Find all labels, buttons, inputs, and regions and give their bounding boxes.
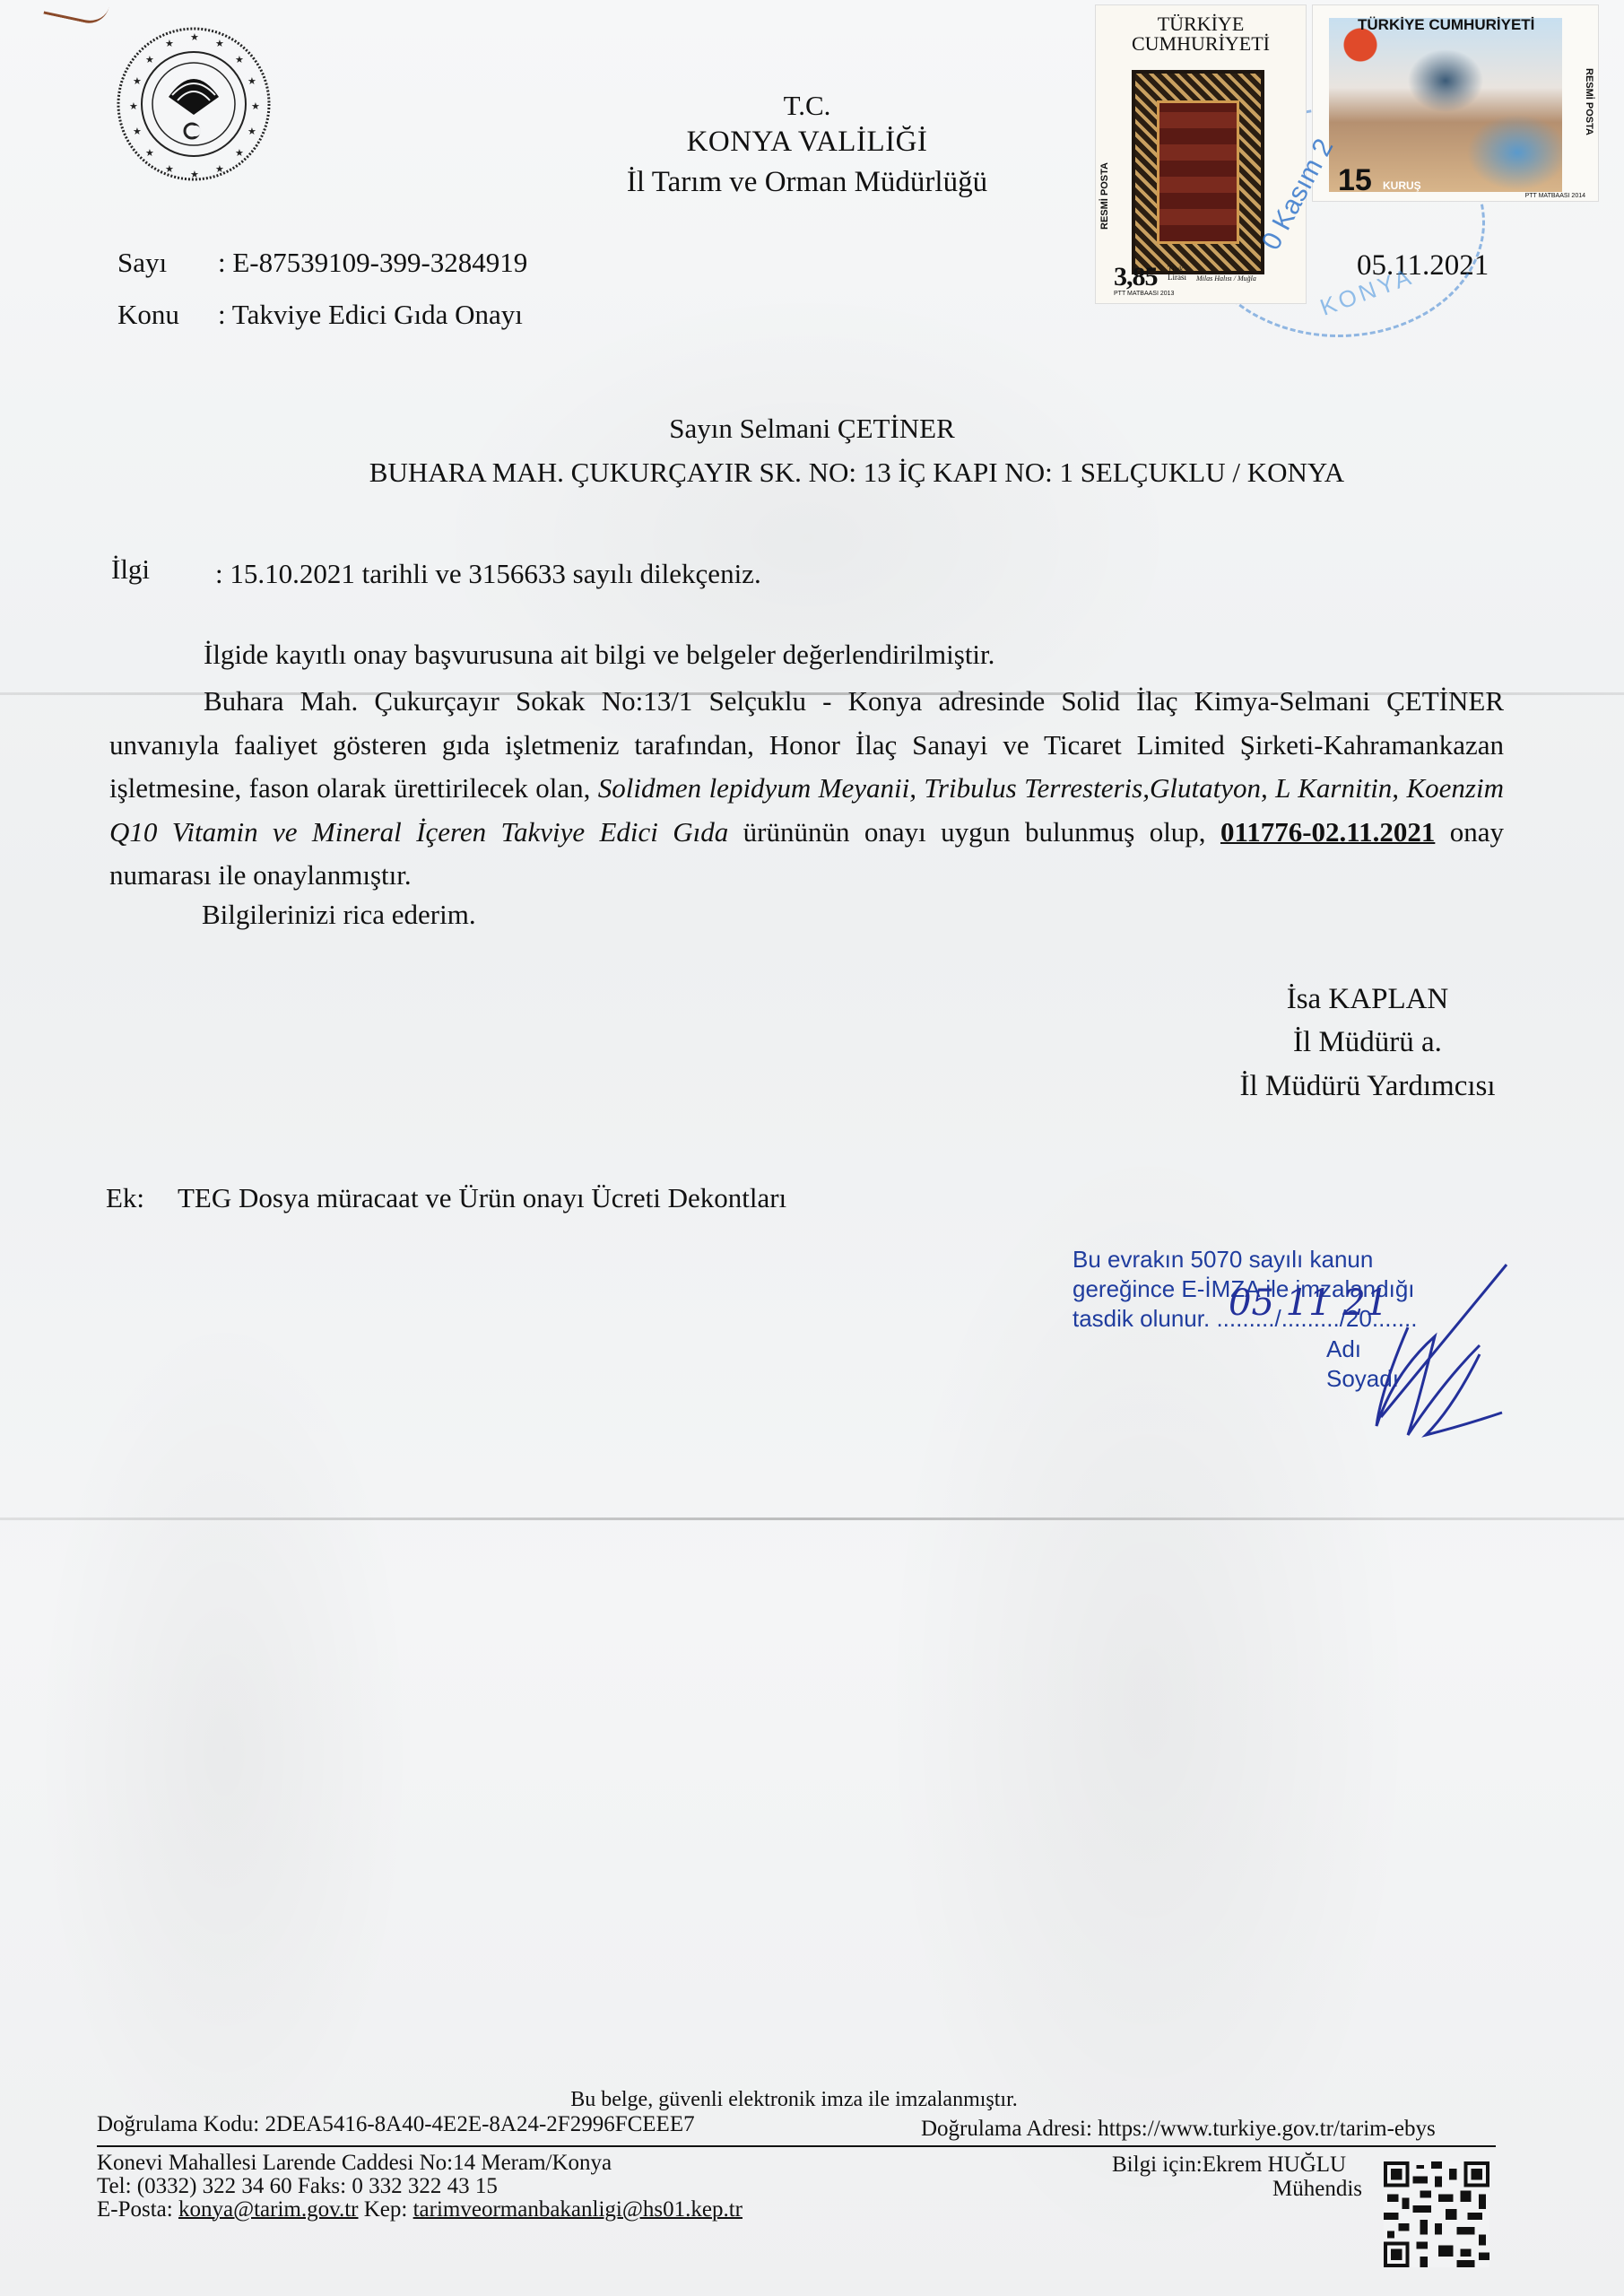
attachment-label: Ek: bbox=[106, 1182, 144, 1214]
svg-text:★: ★ bbox=[215, 164, 224, 175]
stamp-title: TÜRKİYE CUMHURİYETİ bbox=[1358, 16, 1534, 34]
footer-rule bbox=[97, 2145, 1496, 2147]
attachment-value: TEG Dosya müracaat ve Ürün onayı Ücreti … bbox=[178, 1182, 786, 1214]
verification-address: Doğrulama Adresi: https://www.turkiye.go… bbox=[921, 2117, 1436, 2142]
svg-text:★: ★ bbox=[248, 76, 256, 87]
footer-address: Konevi Mahallesi Larende Caddesi No:14 M… bbox=[97, 2151, 612, 2176]
svg-text:★: ★ bbox=[251, 101, 260, 112]
svg-text:★: ★ bbox=[235, 55, 244, 65]
ilgi-label: İlgi bbox=[111, 553, 150, 586]
footer-phone: Tel: (0332) 322 34 60 Faks: 0 332 322 43… bbox=[97, 2174, 498, 2199]
stamp-value: 15 bbox=[1338, 163, 1372, 198]
body-paragraph-2: Buhara Mah. Çukurçayır Sokak No:13/1 Sel… bbox=[109, 680, 1504, 898]
svg-text:★: ★ bbox=[145, 55, 154, 65]
svg-text:★: ★ bbox=[133, 76, 142, 87]
qr-code-icon[interactable] bbox=[1384, 2161, 1489, 2267]
recipient-address: BUHARA MAH. ÇUKURÇAYIR SK. NO: 13 İÇ KAP… bbox=[45, 457, 1624, 489]
body-paragraph-3: Bilgilerinizi rica ederim. bbox=[202, 899, 476, 931]
footer-e-signature-notice: Bu belge, güvenli elektronik imza ile im… bbox=[0, 2088, 1606, 2112]
svg-text:★: ★ bbox=[129, 101, 138, 112]
footer-email-line: E-Posta: konya@tarim.gov.tr Kep: tarimve… bbox=[97, 2197, 743, 2222]
info-role: Mühendis bbox=[1272, 2177, 1362, 2202]
konu-label: Konu bbox=[117, 299, 179, 331]
carpet-image bbox=[1132, 70, 1264, 274]
signatory-title-2: İl Müdürü Yardımcısı bbox=[1166, 1065, 1569, 1108]
ministry-seal-icon: ★★★ ★★★★ ★★★★ ★★★★ ★ bbox=[115, 25, 273, 183]
stamp-value: 3,85 bbox=[1114, 262, 1158, 292]
stamp-printer: PTT MATBAASI 2014 bbox=[1525, 193, 1585, 199]
stamp-currency: Türk Lirası bbox=[1168, 265, 1194, 282]
signatory-title-1: İl Müdürü a. bbox=[1166, 1021, 1569, 1064]
svg-text:★: ★ bbox=[145, 148, 154, 159]
kep-link[interactable]: tarimveormanbakanligi@hs01.kep.tr bbox=[413, 2197, 743, 2222]
svg-text:★: ★ bbox=[235, 148, 244, 159]
svg-text:★: ★ bbox=[190, 170, 199, 180]
konu-value: : Takviye Edici Gıda Onayı bbox=[218, 299, 523, 331]
svg-text:★: ★ bbox=[165, 164, 174, 175]
stamp-title: TÜRKİYE CUMHURİYETİ bbox=[1096, 14, 1306, 54]
body-paragraph-1: İlgide kayıtlı onay başvurusuna ait bilg… bbox=[204, 639, 994, 671]
paper-background bbox=[0, 0, 1624, 2296]
ilgi-value: : 15.10.2021 tarihli ve 3156633 sayılı d… bbox=[215, 558, 761, 590]
svg-text:★: ★ bbox=[190, 32, 199, 43]
verification-url[interactable]: https://www.turkiye.gov.tr/tarim-ebys bbox=[1098, 2117, 1436, 2141]
stamp-side-label: RESMİ POSTA bbox=[1584, 68, 1594, 135]
approval-number: 011776-02.11.2021 bbox=[1220, 816, 1435, 848]
info-contact: Bilgi için:Ekrem HUĞLU bbox=[1112, 2152, 1346, 2178]
handwritten-signature-icon bbox=[1345, 1256, 1524, 1453]
recipient-name: Sayın Selmani ÇETİNER bbox=[0, 413, 1624, 445]
svg-text:★: ★ bbox=[248, 126, 256, 137]
signatory-name: İsa KAPLAN bbox=[1166, 978, 1569, 1021]
header-governorship: KONYA VALİLİĞİ bbox=[538, 126, 1076, 159]
stamp-printer: PTT MATBAASI 2013 bbox=[1114, 291, 1174, 297]
svg-text:★: ★ bbox=[133, 126, 142, 137]
body-text: ürününün onayı uygun bulunmuş olup, bbox=[728, 816, 1220, 848]
verification-code: Doğrulama Kodu: 2DEA5416-8A40-4E2E-8A24-… bbox=[97, 2112, 695, 2137]
email-link[interactable]: konya@tarim.gov.tr bbox=[178, 2197, 359, 2222]
sayi-label: Sayı bbox=[117, 247, 167, 279]
postage-stamp-carpet: TÜRKİYE CUMHURİYETİ RESMİ POSTA 3,85 Tür… bbox=[1096, 5, 1306, 303]
fold-crease bbox=[0, 1518, 1624, 1520]
svg-text:★: ★ bbox=[165, 39, 174, 49]
header-directorate: İl Tarım ve Orman Müdürlüğü bbox=[538, 166, 1076, 199]
header-tc: T.C. bbox=[538, 90, 1076, 122]
stamp-side-label: RESMİ POSTA bbox=[1099, 162, 1110, 230]
stamp-currency: KURUŞ bbox=[1383, 179, 1421, 192]
postage-stamp-cappadocia: TÜRKİYE CUMHURİYETİ 15 KURUŞ RESMİ POSTA… bbox=[1313, 5, 1598, 201]
sayi-value: : E-87539109-399-3284919 bbox=[218, 247, 527, 279]
svg-text:★: ★ bbox=[215, 39, 224, 49]
stamp-caption: Milas Halısı / Muğla bbox=[1196, 274, 1256, 283]
